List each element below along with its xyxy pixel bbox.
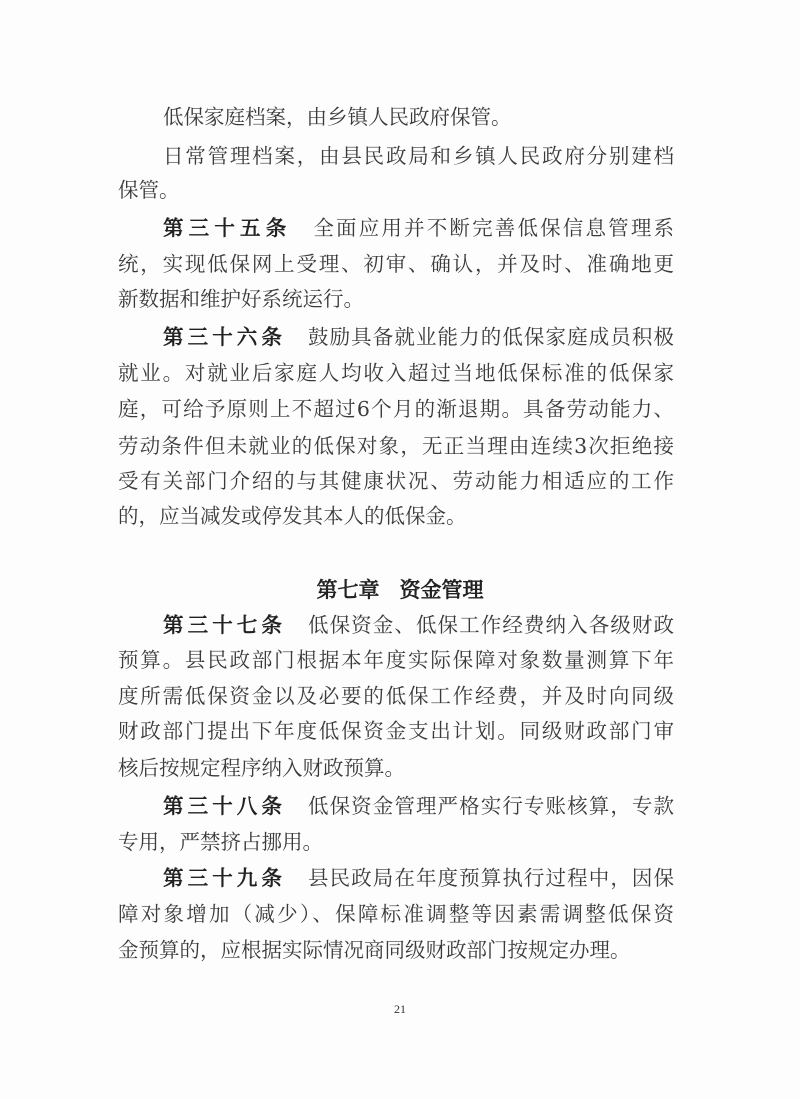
article-heading: 第三十六条: [163, 325, 286, 349]
document-page: 低保家庭档案，由乡镇人民政府保管。 日常管理档案，由县民政局和乡镇人民政府分别建…: [0, 0, 800, 1099]
paragraph-line: 日常管理档案，由县民政局和乡镇人民政府分别建档: [163, 138, 674, 174]
article-36-first-line: 第三十六条鼓励具备就业能力的低保家庭成员积极: [163, 319, 674, 355]
chapter-title: 资金管理: [400, 577, 484, 602]
paragraph-line: 金预算的，应根据实际情况商同级财政部门按规定办理。: [118, 932, 674, 968]
paragraph-line: 低保家庭档案，由乡镇人民政府保管。: [163, 99, 674, 135]
paragraph-line: 度所需低保资金以及必要的低保工作经费，并及时向同级: [118, 678, 674, 714]
article-heading: 第三十八条: [163, 794, 286, 818]
paragraph-line: 保管。: [118, 172, 674, 208]
chapter-number: 第七章: [317, 577, 380, 602]
page-number: 21: [0, 1002, 800, 1017]
paragraph-line: 财政部门提出下年度低保资金支出计划。同级财政部门审: [118, 713, 674, 749]
paragraph-line: 障对象增加（减少）、保障标准调整等因素需调整低保资: [118, 896, 674, 932]
article-heading: 第三十九条: [163, 866, 286, 890]
paragraph-line: 就业。对就业后家庭人均收入超过当地低保标准的低保家: [118, 355, 674, 391]
article-text: 县民政局在年度预算执行过程中，因保: [308, 866, 674, 890]
article-39-first-line: 第三十九条县民政局在年度预算执行过程中，因保: [163, 860, 674, 896]
paragraph-line: 受有关部门介绍的与其健康状况、劳动能力相适应的工作: [118, 463, 674, 499]
article-text: 全面应用并不断完善低保信息管理系: [313, 216, 674, 240]
article-text: 低保资金管理严格实行专账核算，专款: [308, 794, 674, 818]
article-text: 鼓励具备就业能力的低保家庭成员积极: [308, 325, 674, 349]
paragraph-line: 专用，严禁挤占挪用。: [118, 824, 674, 860]
article-37-first-line: 第三十七条低保资金、低保工作经费纳入各级财政: [163, 607, 674, 643]
article-38-first-line: 第三十八条低保资金管理严格实行专账核算，专款: [163, 788, 674, 824]
paragraph-line: 新数据和维护好系统运行。: [118, 281, 674, 317]
article-text: 低保资金、低保工作经费纳入各级财政: [308, 613, 674, 637]
chapter-heading: 第七章资金管理: [0, 572, 800, 608]
paragraph-line: 的，应当减发或停发其本人的低保金。: [118, 498, 674, 534]
paragraph-line: 庭，可给予原则上不超过6个月的渐退期。具备劳动能力、: [118, 391, 674, 427]
article-heading: 第三十五条: [163, 216, 291, 240]
paragraph-line: 劳动条件但未就业的低保对象，无正当理由连续3次拒绝接: [118, 428, 674, 464]
paragraph-line: 预算。县民政部门根据本年度实际保障对象数量测算下年: [118, 642, 674, 678]
article-heading: 第三十七条: [163, 613, 286, 637]
article-35-first-line: 第三十五条全面应用并不断完善低保信息管理系: [163, 210, 674, 246]
paragraph-line: 核后按规定程序纳入财政预算。: [118, 750, 674, 786]
paragraph-line: 统，实现低保网上受理、初审、确认，并及时、准确地更: [118, 246, 674, 282]
